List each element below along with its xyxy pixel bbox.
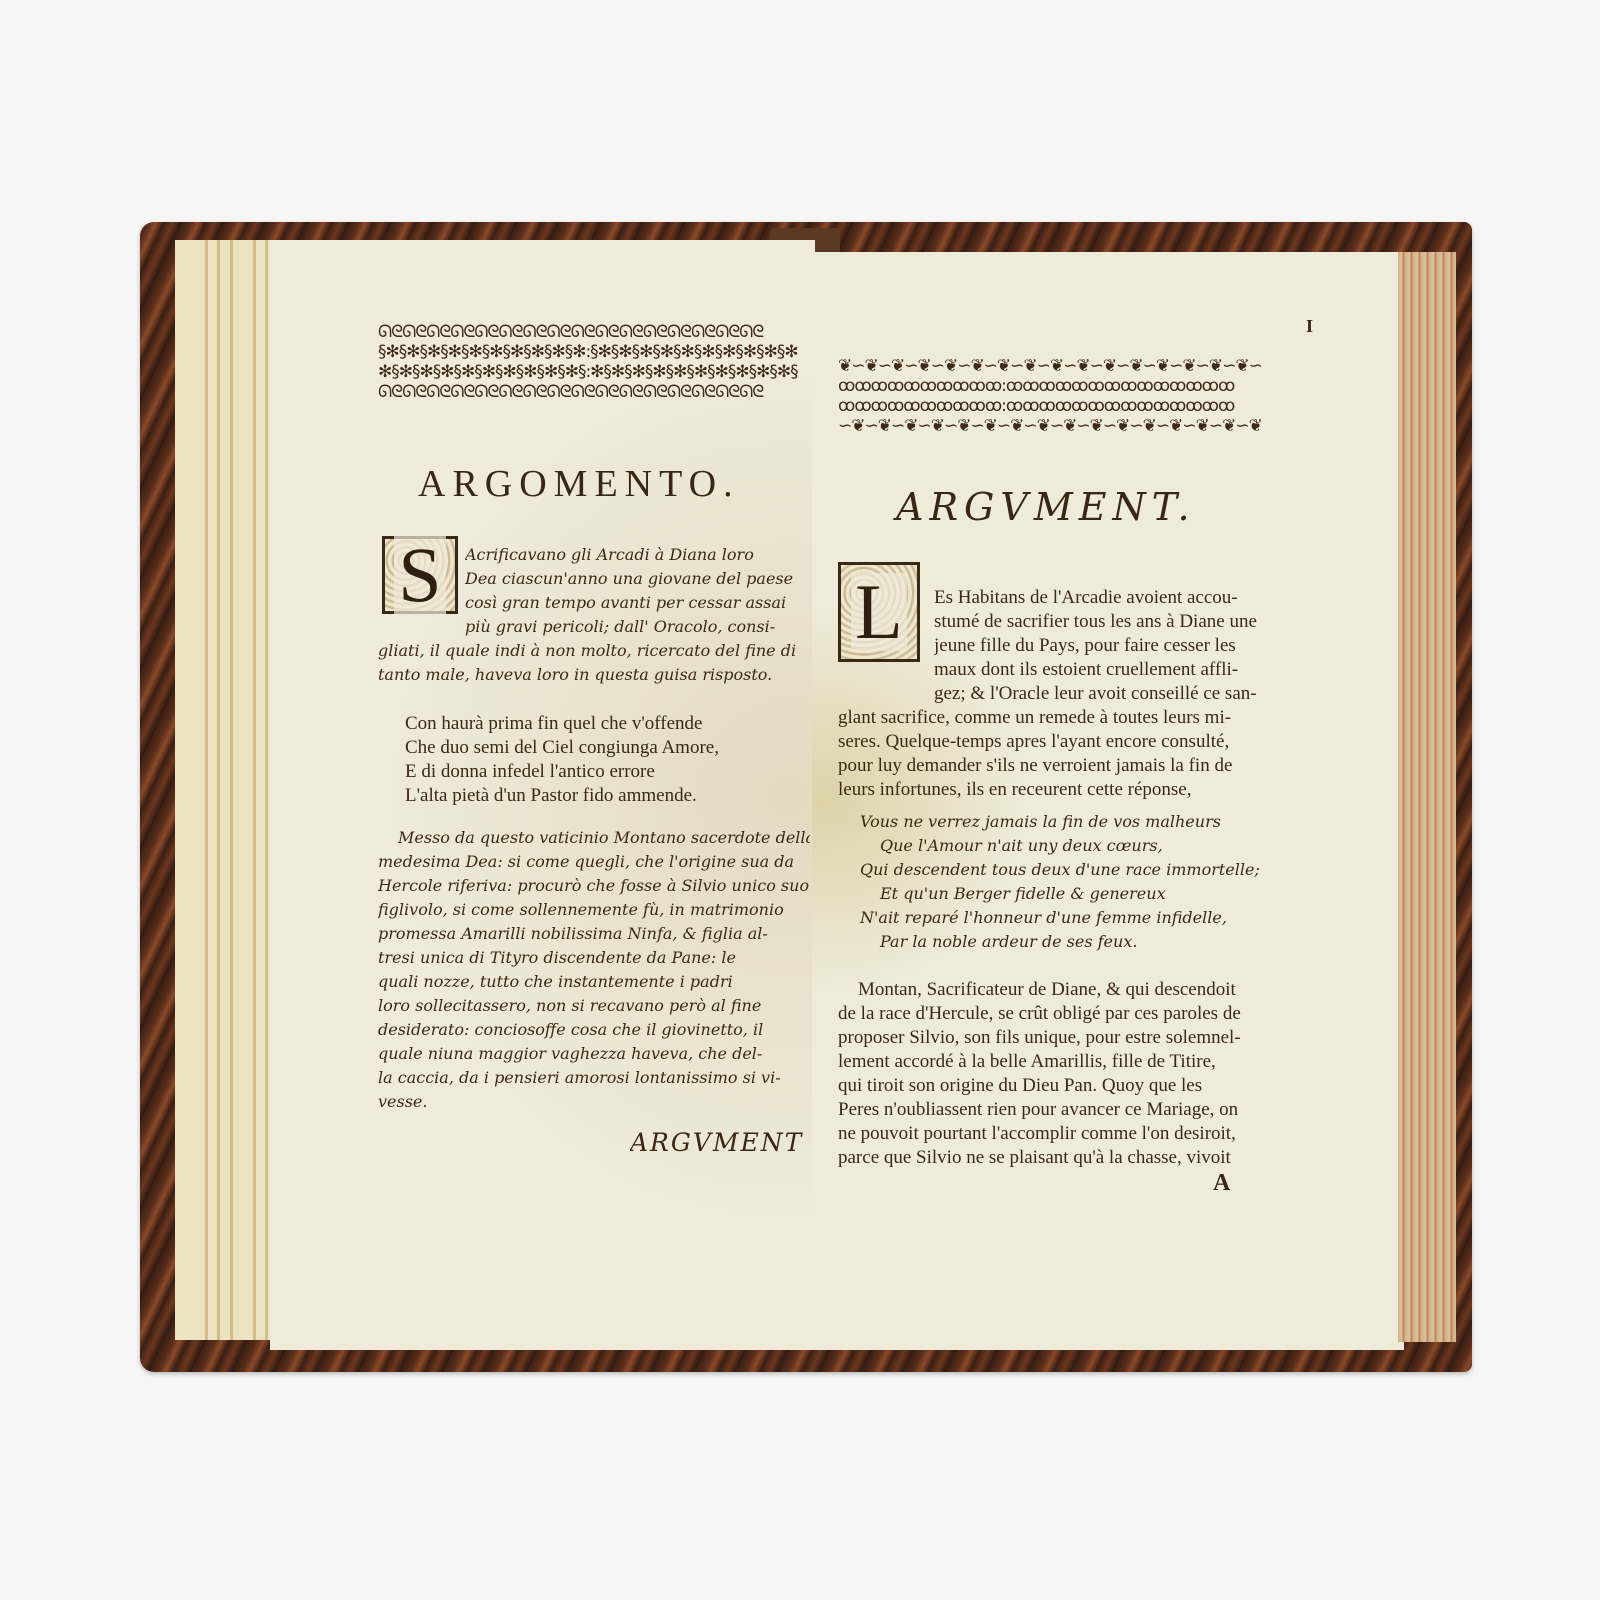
left-catchword: ARGVMENT: [630, 1128, 810, 1157]
verse-line: Par la noble ardeur de ses feux.: [860, 930, 1320, 954]
page-number: I: [1306, 316, 1313, 337]
ornament-row: ꝏꝏꝏꝏꝏꝏꝏꝏꝏꝏ:ꝏꝏꝏꝏꝏꝏꝏꝏꝏꝏꝏꝏꝏꝏ: [838, 396, 1318, 416]
text-line: ne pouvoit pourtant l'accomplir comme l'…: [838, 1122, 1318, 1146]
drop-cap-letter: S: [394, 536, 445, 614]
verse-line: N'ait reparé l'honneur d'une femme infid…: [860, 906, 1320, 930]
left-oracle-verse: Con haurà prima fin quel che v'offende C…: [405, 712, 810, 808]
text-line: vesse.: [378, 1090, 810, 1114]
page-edge: [230, 240, 233, 1340]
verse-line: E di donna infedel l'antico errore: [405, 760, 810, 784]
text-line: la caccia, da i pensieri amorosi lontani…: [378, 1066, 810, 1090]
text-line: Messo da questo vaticinio Montano sacerd…: [378, 826, 810, 850]
verse-line: Qui descendent tous deux d'une race immo…: [860, 858, 1320, 882]
text-line: Hercole riferiva: procurò che fosse à Si…: [378, 874, 810, 898]
verse-line: L'alta pietà d'un Pastor fido ammende.: [405, 784, 810, 808]
text-line: promessa Amarilli nobilissima Ninfa, & f…: [378, 922, 810, 946]
verse-line: Que l'Amour n'ait uny deux cœurs,: [860, 834, 1320, 858]
right-intro-paragraph: Es Habitans de l'Arcadie avoient accou- …: [934, 586, 1318, 706]
page-edge: [265, 240, 268, 1340]
text-line: medesima Dea: si come quegli, che l'orig…: [378, 850, 810, 874]
left-intro-paragraph: Acrificavano gli Arcadi à Diana loro Dea…: [465, 543, 810, 639]
right-body-paragraph: Montan, Sacrificateur de Diane, & qui de…: [838, 978, 1318, 1170]
left-body-paragraph: Messo da questo vaticinio Montano sacerd…: [378, 826, 810, 1114]
verse-line: Che duo semi del Ciel congiunga Amore,: [405, 736, 810, 760]
text-line: Es Habitans de l'Arcadie avoient accou-: [934, 586, 1318, 610]
ornament-row: ❦∽❦∽❦∽❦∽❦∽❦∽❦∽❦∽❦∽❦∽❦∽❦∽❦∽❦∽❦∽❦∽: [838, 356, 1318, 376]
text-line: maux dont ils estoient cruellement affli…: [934, 658, 1318, 682]
ornament-row: ᘏᘓᘏᘓᘏᘓᘏᘓᘏᘓᘏᘓᘏᘓᘏᘓᘏᘓᘏᘓᘏᘓᘏᘓᘏᘓᘏᘓᘏᘓᘏᘓ: [378, 382, 810, 402]
page-edge: [217, 240, 220, 1340]
text-line: jeune fille du Pays, pour faire cesser l…: [934, 634, 1318, 658]
right-ornament-border: ❦∽❦∽❦∽❦∽❦∽❦∽❦∽❦∽❦∽❦∽❦∽❦∽❦∽❦∽❦∽❦∽ ꝏꝏꝏꝏꝏꝏꝏ…: [838, 356, 1318, 436]
text-line: tresi unica di Tityro discendente da Pan…: [378, 946, 810, 970]
left-page-stack: [175, 240, 285, 1340]
text-line: figlivolo, si come sollennemente fù, in …: [378, 898, 810, 922]
text-line: tanto male, haveva loro in questa guisa …: [378, 663, 810, 687]
text-line: gliati, il quale indi à non molto, ricer…: [378, 639, 810, 663]
left-ornament-border: ᘏᘓᘏᘓᘏᘓᘏᘓᘏᘓᘏᘓᘏᘓᘏᘓᘏᘓᘏᘓᘏᘓᘏᘓᘏᘓᘏᘓᘏᘓᘏᘓ §✻§✻§✻§…: [378, 322, 810, 402]
right-fore-edge: [1398, 252, 1456, 1342]
right-page-title: ARGVMENT.: [896, 485, 1196, 529]
text-line: parce que Silvio ne se plaisant qu'à la …: [838, 1146, 1318, 1170]
signature-mark: A: [1213, 1170, 1230, 1197]
drop-cap-l: L: [838, 562, 920, 662]
verse-line: Et qu'un Berger fidelle & genereux: [860, 882, 1320, 906]
text-line: Montan, Sacrificateur de Diane, & qui de…: [838, 978, 1318, 1002]
text-line: Peres n'oubliassent rien pour avancer ce…: [838, 1098, 1318, 1122]
text-line: seres. Quelque-temps apres l'ayant encor…: [838, 730, 1318, 754]
text-line: qui tiroit son origine du Dieu Pan. Quoy…: [838, 1074, 1318, 1098]
left-page-title: ARGOMENTO.: [418, 462, 740, 506]
drop-cap-letter: L: [851, 573, 907, 651]
text-line: proposer Silvio, son fils unique, pour e…: [838, 1026, 1318, 1050]
text-line: lement accordé à la belle Amarillis, fil…: [838, 1050, 1318, 1074]
text-line: così gran tempo avanti per cessar assai: [465, 591, 810, 615]
ornament-row: ᘏᘓᘏᘓᘏᘓᘏᘓᘏᘓᘏᘓᘏᘓᘏᘓᘏᘓᘏᘓᘏᘓᘏᘓᘏᘓᘏᘓᘏᘓᘏᘓ: [378, 322, 810, 342]
text-line: più gravi pericoli; dall' Oracolo, consi…: [465, 615, 810, 639]
ornament-row: ꝏꝏꝏꝏꝏꝏꝏꝏꝏꝏ:ꝏꝏꝏꝏꝏꝏꝏꝏꝏꝏꝏꝏꝏꝏ: [838, 376, 1318, 396]
text-line: glant sacrifice, comme un remede à toute…: [838, 706, 1318, 730]
ornament-row: ∽❦∽❦∽❦∽❦∽❦∽❦∽❦∽❦∽❦∽❦∽❦∽❦∽❦∽❦∽❦∽❦: [838, 416, 1318, 436]
text-line: Acrificavano gli Arcadi à Diana loro: [465, 543, 810, 567]
text-line: loro sollecitassero, non si recavano per…: [378, 994, 810, 1018]
left-intro-paragraph-cont: gliati, il quale indi à non molto, ricer…: [378, 639, 810, 687]
text-line: Dea ciascun'anno una giovane del paese: [465, 567, 810, 591]
page-edge: [253, 240, 256, 1340]
verse-line: Con haurà prima fin quel che v'offende: [405, 712, 810, 736]
text-line: quali nozze, tutto che instantemente i p…: [378, 970, 810, 994]
text-line: stumé de sacrifier tous les ans à Diane …: [934, 610, 1318, 634]
ornament-row: §✻§✻§✻§✻§✻§✻§✻§✻§✻§✻:§✻§✻§✻§✻§✻§✻§✻§✻§✻§…: [378, 342, 810, 362]
text-line: leurs infortunes, ils en receurent cette…: [838, 778, 1318, 802]
text-line: gez; & l'Oracle leur avoit conseillé ce …: [934, 682, 1318, 706]
page-edge: [205, 240, 208, 1340]
drop-cap-s: S: [382, 536, 458, 614]
text-line: desiderato: conciosoffe cosa che il giov…: [378, 1018, 810, 1042]
ornament-row: ✻§✻§✻§✻§✻§✻§✻§✻§✻§✻§:✻§✻§✻§✻§✻§✻§✻§✻§✻§✻…: [378, 362, 810, 382]
verse-line: Vous ne verrez jamais la fin de vos malh…: [860, 810, 1320, 834]
right-oracle-verse: Vous ne verrez jamais la fin de vos malh…: [860, 810, 1320, 954]
text-line: pour luy demander s'ils ne verroient jam…: [838, 754, 1318, 778]
right-intro-paragraph-cont: glant sacrifice, comme un remede à toute…: [838, 706, 1318, 802]
text-line: de la race d'Hercule, se crût obligé par…: [838, 1002, 1318, 1026]
text-line: quale niuna maggior vaghezza haveva, che…: [378, 1042, 810, 1066]
